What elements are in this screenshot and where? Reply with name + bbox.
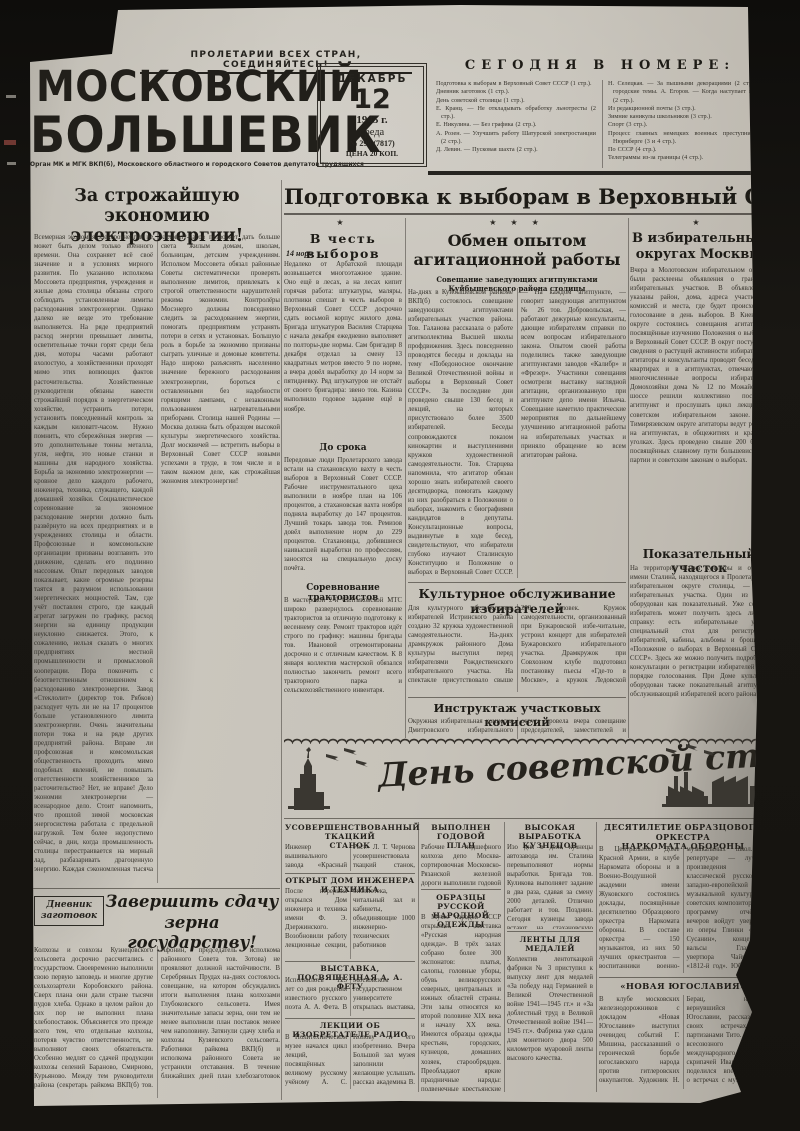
tractor-competition-text: В мастерской 2-й Салтыковской МТС широко… xyxy=(284,596,402,734)
edge-stain xyxy=(738,950,772,1090)
today-item: Подготовка к выборам в Верховный Совет С… xyxy=(436,80,596,88)
honor-lead: 14 норм xyxy=(286,249,400,258)
weaving-text: Инженер вышивального завода «Красный Рос… xyxy=(285,843,415,871)
factory-illustration xyxy=(660,742,768,808)
section-rule xyxy=(285,961,415,962)
today-divider xyxy=(602,80,603,168)
today-item: Телеграммы из-за границы (4 стр.). xyxy=(608,154,768,162)
kremlin-tower-illustration xyxy=(286,744,382,810)
date-year: 1945 г. xyxy=(356,114,387,126)
section-rule xyxy=(507,931,593,932)
medal-ribbons-text: Коллектив лентоткацкой фабрики № 3 прист… xyxy=(507,955,593,1089)
column-rule xyxy=(418,822,419,1092)
radio-lectures-text: В Политехническом музее начался цикл лек… xyxy=(285,1033,415,1089)
date-box: ДЕКАБРЬ 12 1945 г. среда № 290 (7817) ЦЕ… xyxy=(320,66,424,164)
honor-text: Недалеко от Арбатской площади возвышаетс… xyxy=(284,260,402,438)
smiths-text: Изо дня в день кузнецы автозавода им. Ст… xyxy=(507,843,593,929)
masthead-rule xyxy=(428,171,770,175)
editorial-text: Всемерная экономия электроэнергии не мож… xyxy=(34,233,280,883)
column-rule xyxy=(405,218,406,738)
today-item: Н. Селецкая. — За пышными декорациями (2… xyxy=(608,80,768,105)
section-rule xyxy=(408,697,626,698)
banner-bottom-rule xyxy=(284,818,768,819)
date-month: ДЕКАБРЬ xyxy=(337,73,408,85)
honor-text-2: Передовые люди Пролетарского завода вста… xyxy=(284,456,402,578)
today-item: День советской столицы (1 стр.). xyxy=(436,97,596,105)
edge-stain xyxy=(742,600,772,720)
grain-diary-label: Дневник заготовок xyxy=(34,896,104,926)
districts-title: В избирательных округах Москвы xyxy=(630,231,768,262)
today-item: Е. Кранц. — Не откладывать обработку льн… xyxy=(436,105,596,122)
annual-plan-text: Рабочие подшефного колхоза депо Москва-с… xyxy=(421,843,501,887)
issue-number: № 290 (7817) xyxy=(349,139,394,148)
today-item: Процесс главных немецких военных преступ… xyxy=(608,130,768,147)
price: ЦЕНА 20 КОП. xyxy=(346,149,398,158)
capital-day-banner: День советской столицы xyxy=(377,740,675,794)
section-rule xyxy=(421,889,501,890)
grain-headline: Завершить сдачу зерна государству! xyxy=(104,892,280,954)
column-rule xyxy=(504,822,505,1092)
today-item: Е. Никулина. — Без графика (2 стр.). xyxy=(436,121,596,129)
section-rule xyxy=(599,977,767,978)
medal-ribbons-title: ЛЕНТЫ ДЛЯ МЕДАЛЕЙ xyxy=(507,935,593,953)
star-decoration: ★ xyxy=(284,218,402,227)
fet-exhibition-text: Исполнилось 125 лет со дня рождения изве… xyxy=(285,976,415,1016)
section-rule xyxy=(32,888,280,889)
today-item: Из редакционной почты (3 стр.). xyxy=(608,105,768,113)
banner-rule xyxy=(284,213,768,215)
exchange-title: Обмен опытом агитационной работы xyxy=(408,231,626,269)
masthead-title-line1: МОСКОВСКИЙ xyxy=(36,66,362,109)
today-item: По СССР (4 стр.). xyxy=(608,146,768,154)
today-left-list: Подготовка к выборам в Верховный Совет С… xyxy=(436,80,596,154)
newspaper-scan: ПРОЛЕТАРИИ ВСЕХ СТРАН, СОЕДИНЯЙТЕСЬ! МОС… xyxy=(0,0,800,1131)
exchange-text: На-днях в Куйбышевском райкоме ВКП(б) со… xyxy=(408,288,626,578)
today-item: Спорт (3 стр.). xyxy=(608,121,768,129)
folk-clothes-text: В Музее народов СССР открылась выставка … xyxy=(421,913,501,1091)
date-day: 12 xyxy=(353,86,391,113)
today-right-list: Н. Селецкая. — За пышными декорациями (2… xyxy=(608,80,768,163)
today-item: Д. Левин. — Пусковая шахта (2 стр.). xyxy=(436,146,596,154)
engineers-house-text: После перерыва открылся Дом инженера и т… xyxy=(285,887,415,959)
today-item: Зимние каникулы школьников (3 стр.). xyxy=(608,113,768,121)
spine-mark-red xyxy=(4,140,16,145)
date-weekday: среда xyxy=(360,127,384,138)
section-rule xyxy=(285,873,415,874)
grain-text: Колхозы и совхозы Кузнецовского сельсове… xyxy=(34,946,280,1098)
districts-text: Вчера в Молотовском избирательном округе… xyxy=(630,266,768,542)
newspaper-page: ПРОЛЕТАРИИ ВСЕХ СТРАН, СОЕДИНЯЙТЕСЬ! МОС… xyxy=(0,0,800,1131)
column-rule xyxy=(628,218,629,738)
column-rule-main xyxy=(281,180,282,1100)
today-item: А. Розен. — Улучшить работу Шатурской эл… xyxy=(436,130,596,147)
three-stars-decoration: ★ ★ ★ xyxy=(408,218,626,227)
elections-banner-headline: Подготовка к выборам в Верховный Совет С… xyxy=(284,184,768,209)
today-item: Дневник заготовок (1 стр.). xyxy=(436,88,596,96)
spine-mark xyxy=(7,162,16,165)
column-rule xyxy=(596,822,597,1092)
honor-subhead-do-sroka: До срока xyxy=(284,443,402,453)
spine-mark xyxy=(6,95,16,98)
section-rule xyxy=(285,1018,415,1019)
briefing-text: Окружная избирательная комиссия Дмитровс… xyxy=(408,717,626,739)
today-in-issue-title: СЕГОДНЯ В НОМЕРЕ: xyxy=(432,58,768,73)
star-decoration: ★ xyxy=(630,218,768,227)
culture-text: Для культурного обслуживания избирателей… xyxy=(408,604,626,692)
section-rule xyxy=(408,582,626,583)
